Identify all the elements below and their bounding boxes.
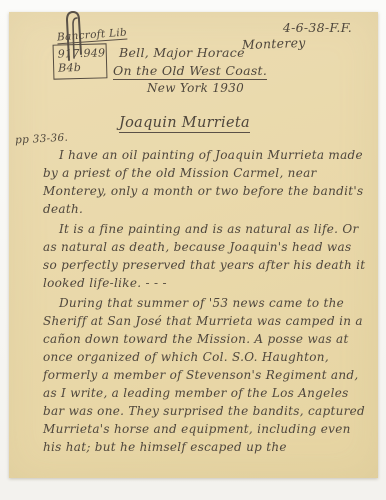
call-number-class: 917.949 [58, 46, 102, 61]
note-body: I have an oil painting of Joaquin Murrie… [43, 146, 369, 458]
note-paragraph: During that summer of '53 news came to t… [43, 294, 369, 456]
note-heading: Joaquin Murrieta [119, 115, 250, 133]
date-note: 4-6-38-F.F. [283, 20, 352, 35]
note-paragraph: I have an oil painting of Joaquin Murrie… [43, 146, 369, 218]
place-note: Monterey [242, 35, 306, 52]
note-card-paper: Bancroft Lib 917.949 B4b 4-6-38-F.F. Mon… [9, 12, 378, 478]
citation-title: On the Old West Coast. [113, 63, 267, 80]
call-number-box: 917.949 B4b [53, 43, 108, 79]
citation-imprint: New York 1930 [147, 81, 244, 95]
note-paragraph: It is a fine painting and is as natural … [43, 220, 369, 292]
scanned-note-card: Bancroft Lib 917.949 B4b 4-6-38-F.F. Mon… [0, 0, 386, 500]
call-number-cutter: B4b [58, 60, 102, 75]
pages-reference: pp 33-36. [15, 132, 69, 147]
citation-author: Bell, Major Horace [119, 45, 245, 60]
